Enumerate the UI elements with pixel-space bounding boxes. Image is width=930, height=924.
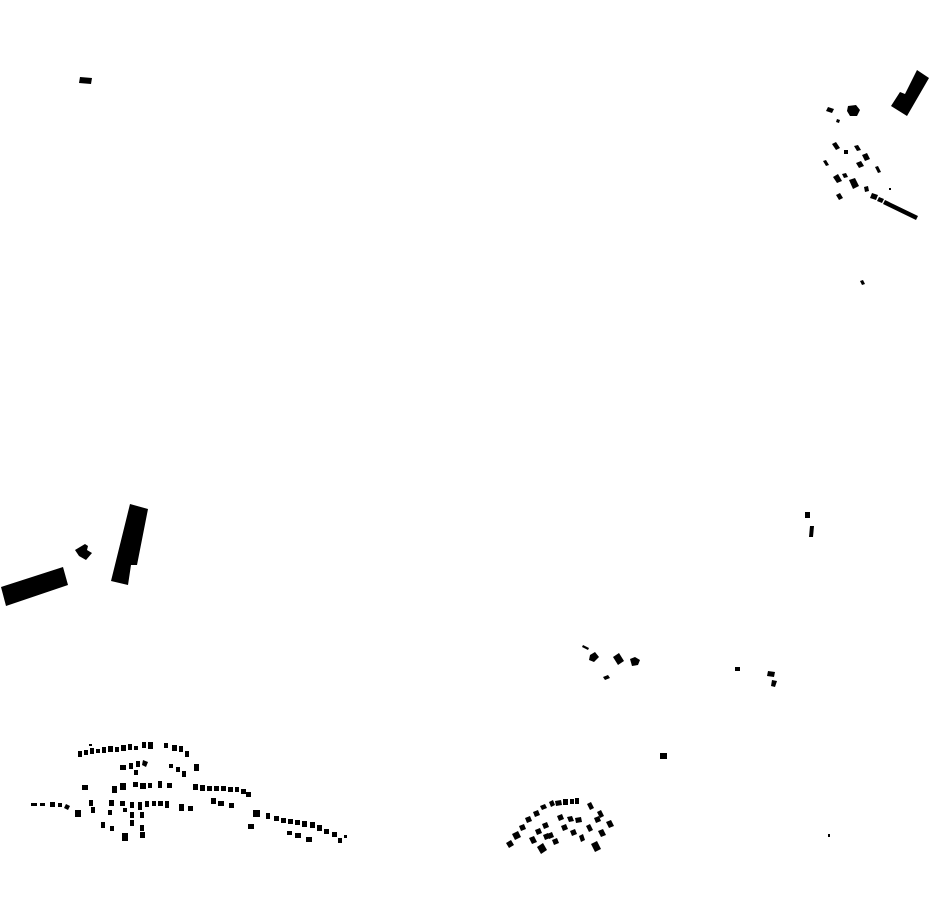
building-footprint <box>120 783 126 790</box>
building-footprint <box>122 833 128 841</box>
building-footprint <box>110 826 114 831</box>
map-background <box>0 0 930 924</box>
building-footprint <box>133 782 138 787</box>
building-footprint <box>288 819 293 824</box>
building-footprint <box>338 838 342 843</box>
building-footprint <box>188 806 193 811</box>
building-footprint <box>90 748 94 754</box>
building-footprint <box>200 785 205 791</box>
isolated-building-northwest <box>79 77 92 84</box>
building-footprint <box>134 746 138 750</box>
building-footprint <box>575 817 582 823</box>
building-footprint <box>169 764 173 768</box>
building-footprint <box>176 767 180 772</box>
building-footprint <box>145 801 149 807</box>
building-footprint <box>185 751 189 757</box>
building-footprint <box>310 822 315 828</box>
building-footprint <box>115 747 119 752</box>
building-footprint <box>130 820 134 826</box>
building-footprint <box>140 783 146 789</box>
building-footprint <box>158 801 163 806</box>
building-footprint <box>235 787 239 792</box>
building-footprint <box>324 829 329 834</box>
building-footprint <box>91 807 95 813</box>
building-footprint <box>120 801 125 806</box>
building-footprint <box>128 744 132 750</box>
building-footprint <box>221 786 226 791</box>
building-footprint <box>108 746 113 752</box>
building-footprint <box>123 808 127 812</box>
building-footprint <box>207 786 212 791</box>
building-footprint <box>563 799 568 805</box>
building-footprint <box>109 800 114 806</box>
building-footprint <box>165 801 169 808</box>
building-footprint <box>287 831 292 835</box>
building-footprint <box>295 833 301 838</box>
building-footprint <box>193 784 198 790</box>
building-footprint <box>274 816 279 821</box>
building-footprint <box>889 188 891 190</box>
building-footprint <box>211 798 216 804</box>
building-footprint <box>40 803 45 806</box>
building-footprint <box>158 781 162 788</box>
building-footprint <box>140 825 144 831</box>
building-footprint <box>148 783 152 788</box>
building-footprint <box>89 744 92 746</box>
building-footprint <box>844 150 848 154</box>
building-footprint <box>121 745 126 751</box>
map-canvas <box>0 0 930 924</box>
building-footprint <box>96 749 100 753</box>
building-footprint-map <box>0 0 930 924</box>
building-footprint <box>229 803 234 808</box>
building-footprint <box>130 802 134 808</box>
building-footprint <box>89 800 93 806</box>
building-footprint <box>79 77 92 84</box>
building-footprint <box>108 810 112 815</box>
building-footprint <box>302 821 307 827</box>
building-footprint <box>805 512 810 518</box>
building-footprint <box>228 787 233 792</box>
building-footprint <box>31 803 37 806</box>
building-footprint <box>332 832 337 837</box>
building-footprint <box>218 801 224 806</box>
building-footprint <box>120 765 126 770</box>
building-footprint <box>182 771 186 777</box>
building-footprint <box>246 792 251 797</box>
building-footprint <box>101 822 105 828</box>
building-footprint <box>281 818 286 823</box>
building-footprint <box>148 742 153 749</box>
building-footprint <box>317 825 322 831</box>
building-footprint <box>575 798 579 804</box>
building-footprint <box>248 824 254 829</box>
building-footprint <box>58 803 62 807</box>
building-footprint <box>102 747 106 753</box>
building-footprint <box>164 743 168 748</box>
building-footprint <box>142 742 146 748</box>
building-footprint <box>140 832 145 838</box>
building-footprint <box>179 746 183 752</box>
building-footprint <box>253 810 260 817</box>
building-footprint <box>295 820 300 825</box>
building-footprint <box>130 812 134 818</box>
building-footprint <box>767 671 775 677</box>
building-footprint <box>136 761 140 767</box>
building-footprint <box>660 753 667 759</box>
building-footprint <box>75 810 81 817</box>
building-footprint <box>172 745 177 751</box>
building-footprint <box>140 812 144 818</box>
building-footprint <box>78 751 82 757</box>
building-footprint <box>735 667 740 671</box>
building-footprint <box>112 786 117 793</box>
building-footprint <box>134 770 138 775</box>
building-footprint <box>82 785 88 790</box>
building-footprint <box>129 763 133 769</box>
building-footprint <box>138 802 142 810</box>
building-footprint <box>266 813 270 819</box>
building-footprint <box>241 789 246 794</box>
building-footprint <box>179 804 184 811</box>
building-footprint <box>167 783 172 788</box>
building-footprint <box>344 835 347 838</box>
building-footprint <box>152 801 156 806</box>
building-footprint <box>50 802 55 807</box>
building-footprint <box>214 786 219 791</box>
building-footprint <box>570 799 574 804</box>
building-footprint <box>194 764 199 771</box>
building-footprint <box>84 750 88 755</box>
building-footprint <box>555 800 562 806</box>
building-footprint <box>306 837 312 842</box>
building-footprint <box>828 834 830 837</box>
